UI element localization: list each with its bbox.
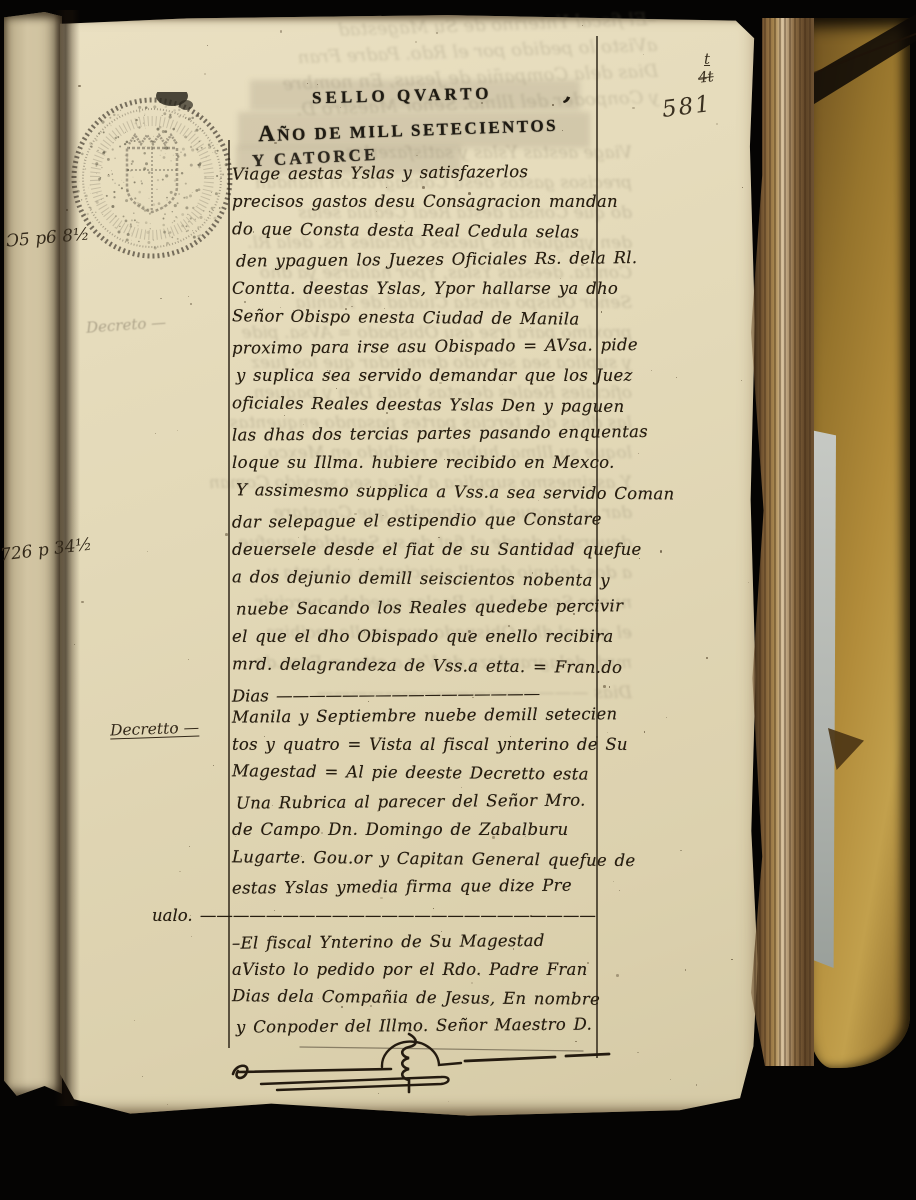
margin-decree-label: Decretto — <box>110 718 200 739</box>
decree-text: Manila y Septiembre nuebe demill setecie… <box>232 702 600 930</box>
manuscript-line: dar selepague el estipendio que Constare <box>232 504 600 536</box>
manuscript-line: aVisto lo pedido por el Rdo. Padre Fran <box>232 956 612 984</box>
manuscript-line: mrd. delagrandeza de Vss.a etta. = Fran.… <box>232 649 600 682</box>
manuscript-line: deuersele desde el fiat de su Santidad q… <box>232 535 600 564</box>
manuscript-line: loque su Illma. hubiere recibido en Mexc… <box>232 448 600 477</box>
manuscript-line: las dhas dos tercias partes pasando enqu… <box>232 417 600 449</box>
manuscript-line: estas Yslas ymedia firma que dize Pre <box>232 871 600 903</box>
manuscript-line: oficiales Reales deestas Yslas Den y pag… <box>232 388 600 421</box>
manuscript-line: –El fiscal Ynterino de Su Magestad <box>232 926 612 957</box>
manuscript-line: Y assimesmo supplica a Vss.a sea servido… <box>236 475 600 507</box>
manuscript-line: do que Consta desta Real Cedula selas <box>232 214 600 247</box>
manuscript-line: nuebe Sacando los Reales quedebe percivi… <box>236 591 600 623</box>
manuscript-line: tos y quatro = Vista al fiscal ynterino … <box>232 731 600 760</box>
manuscript-line: Dias dela Compañia de Jesus, En nombre <box>232 982 612 1014</box>
manuscript-line: de Campo Dn. Domingo de Zabalburu <box>232 816 600 845</box>
manuscript-line: proximo para irse asu Obispado = AVsa. p… <box>232 330 600 362</box>
manuscript-line: el que el dho Obispado que enello recibi… <box>232 622 600 651</box>
manuscript-line: y suplica sea servido demandar que los J… <box>236 361 600 390</box>
manuscript-line: Contta. deestas Yslas, Ypor hallarse ya … <box>232 274 600 303</box>
manuscript-line: Una Rubrica al parecer del Señor Mro. <box>236 786 600 818</box>
photo-stage: Viage aestas Yslas y satisfazerlosprecis… <box>0 0 916 1200</box>
manuscript-line: Viage aestas Yslas y satisfazerlos <box>232 156 600 188</box>
signature-rubric <box>215 1030 625 1110</box>
manuscript-line: precisos gastos desu Consagracion mandan <box>232 187 600 216</box>
folio-mark-bottom: 4t <box>697 67 714 87</box>
manuscript-line: Lugarte. Gou.or y Capitan General quefue… <box>232 843 600 875</box>
manuscript-line: Señor Obispo enesta Ciudad de Manila <box>232 301 600 334</box>
manuscript-line: Magestad = Al pie deeste Decretto esta <box>232 757 600 789</box>
manuscript-line: ualo. ———————————————————————— <box>152 902 600 931</box>
manuscript-line: a dos dejunio demill seiscientos nobenta… <box>232 562 600 595</box>
folio-mark-top: t <box>704 50 710 68</box>
fiscal-response-text: –El fiscal Ynterino de Su MagestadaVisto… <box>232 928 612 1040</box>
royal-seal-stamp <box>66 92 238 264</box>
manuscript-line: Manila y Septiembre nuebe demill setecie… <box>232 700 600 732</box>
manuscript-line: den ypaguen los Juezes Oficiales Rs. del… <box>236 243 600 275</box>
petition-text: Viage aestas Yslas y satisfazerlosprecis… <box>232 158 600 709</box>
